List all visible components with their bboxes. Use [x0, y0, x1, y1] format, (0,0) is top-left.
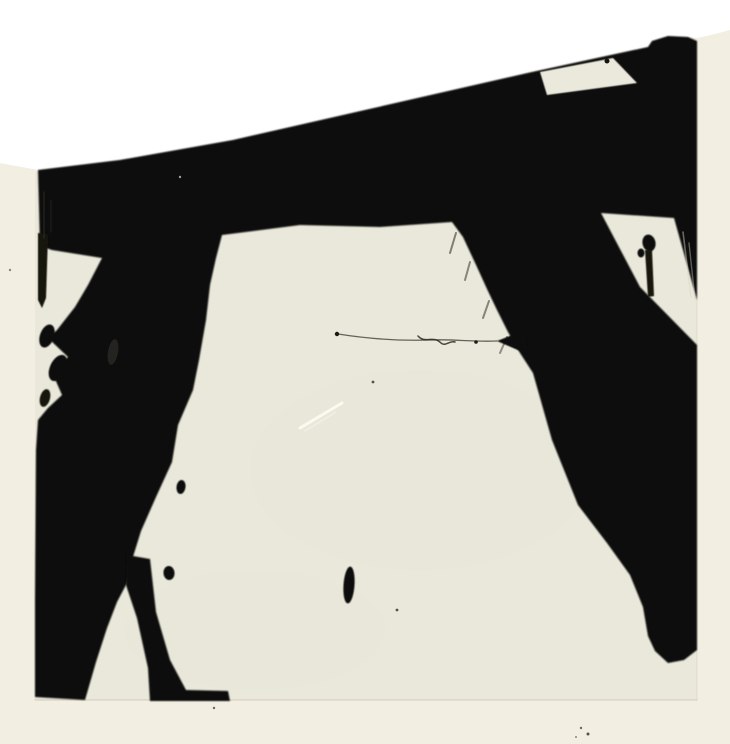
top-notch-dot: [605, 59, 610, 64]
speck-margin-left: [9, 269, 11, 271]
crack-dot-1: [335, 332, 339, 336]
pocket-squiggle-blob: [638, 249, 645, 258]
crack-dot-2: [474, 340, 478, 344]
speck-band-light: [179, 176, 181, 178]
speck-bottom-1: [213, 707, 215, 709]
speck-center-2: [396, 609, 399, 612]
paper-mottle-1: [250, 370, 590, 570]
speck-bottom-4: [575, 736, 577, 738]
artwork-frame: [0, 0, 730, 744]
abstract-painting: [0, 0, 730, 744]
speck-bottom-3: [587, 733, 590, 736]
speck-center-1: [372, 381, 375, 384]
speck-bottom-2: [580, 727, 582, 729]
brushstroke-shapes: [0, 30, 730, 744]
